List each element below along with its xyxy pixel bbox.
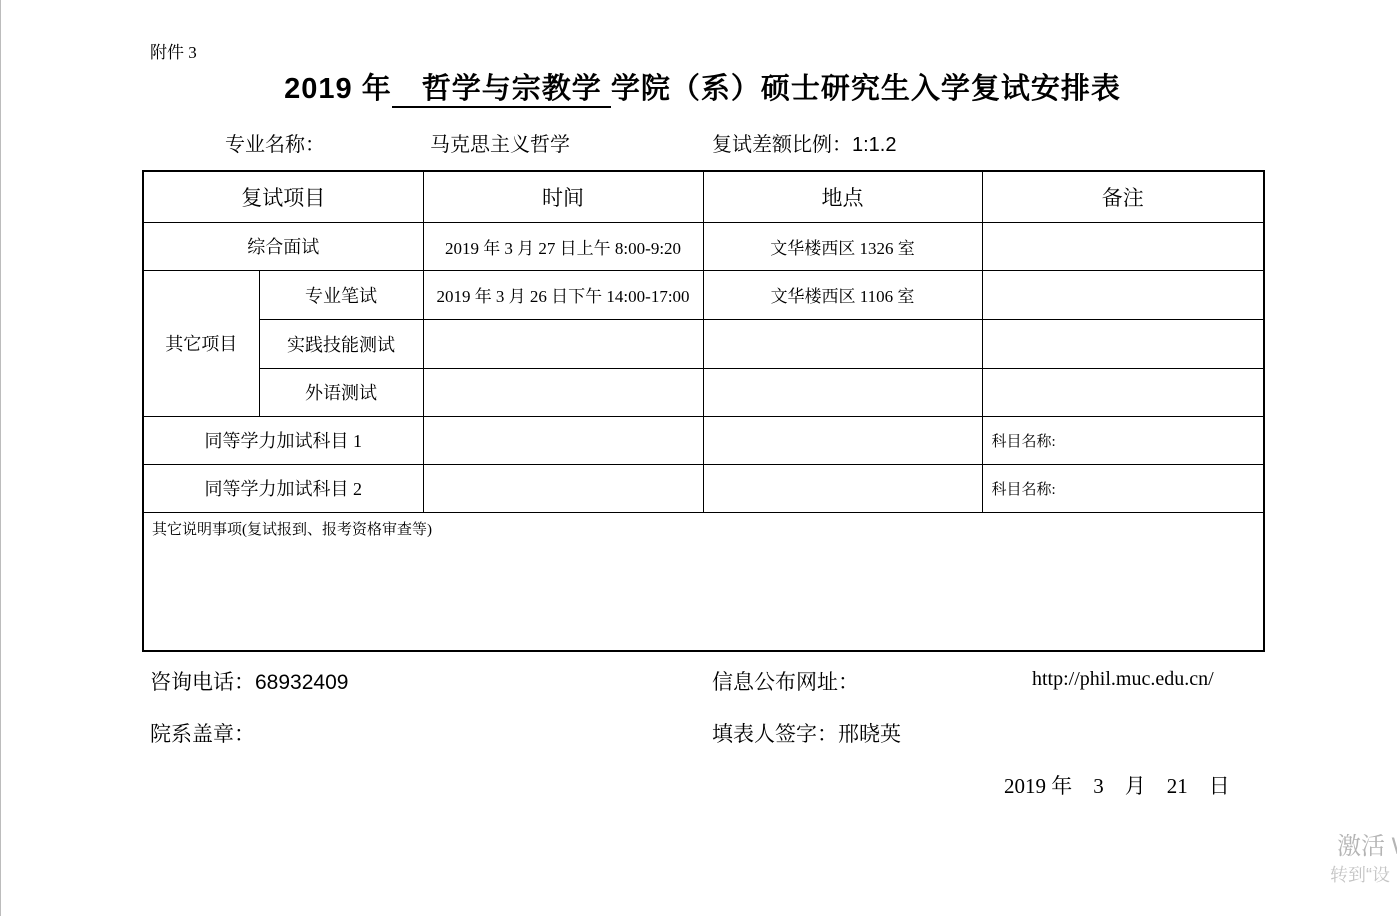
interview-remark-cell bbox=[982, 222, 1264, 270]
reexam-ratio-value: 1:1.2 bbox=[852, 134, 896, 156]
table-row: 综合面试 2019 年 3 月 27 日上午 8:00-9:20 文华楼西区 1… bbox=[143, 222, 1264, 270]
foreign-language-test-remark-cell bbox=[982, 368, 1264, 416]
document-page: 附件 3 2019 年 哲学与宗教学 学院（系）硕士研究生入学复试安排表 专业名… bbox=[0, 0, 1397, 916]
website-label: 信息公布网址： bbox=[712, 666, 859, 696]
other-notes-cell: 其它说明事项(复试报到、报考资格审查等) bbox=[143, 512, 1264, 651]
major-info-line: 专业名称： 马克思主义哲学 复试差额比例：1:1.2 bbox=[0, 128, 1397, 154]
phone-group: 咨询电话：68932409 bbox=[150, 666, 348, 696]
table-row: 同等学力加试科目 2 科目名称: bbox=[143, 464, 1264, 512]
equivalency-test-2-name-cell: 同等学力加试科目 2 bbox=[143, 464, 423, 512]
signature-group: 填表人签字：邢晓英 bbox=[712, 718, 901, 748]
equivalency-test-2-time-cell bbox=[423, 464, 703, 512]
website-url: http://phil.muc.edu.cn/ bbox=[1032, 668, 1214, 691]
seal-label: 院系盖章： bbox=[150, 718, 255, 748]
header-time: 时间 bbox=[423, 171, 703, 222]
practical-test-time-cell bbox=[423, 319, 703, 368]
fill-date: 2019 年 3 月 21 日 bbox=[1004, 770, 1230, 800]
foreign-language-test-time-cell bbox=[423, 368, 703, 416]
practical-test-remark-cell bbox=[982, 319, 1264, 368]
signature-value: 邢晓英 bbox=[838, 723, 901, 746]
table-row: 外语测试 bbox=[143, 368, 1264, 416]
major-name-value: 马克思主义哲学 bbox=[430, 128, 570, 157]
major-name-label: 专业名称： bbox=[225, 128, 325, 157]
table-header-row: 复试项目 时间 地点 备注 bbox=[143, 171, 1264, 222]
reexam-ratio: 复试差额比例：1:1.2 bbox=[712, 128, 896, 157]
equivalency-test-2-location-cell bbox=[703, 464, 982, 512]
table-row: 其它说明事项(复试报到、报考资格审查等) bbox=[143, 512, 1264, 651]
written-exam-name-cell: 专业笔试 bbox=[259, 270, 423, 319]
foreign-language-test-name-cell: 外语测试 bbox=[259, 368, 423, 416]
interview-time-cell: 2019 年 3 月 27 日上午 8:00-9:20 bbox=[423, 222, 703, 270]
header-remark: 备注 bbox=[982, 171, 1264, 222]
title-department-underlined: 哲学与宗教学 bbox=[392, 73, 611, 108]
table-row: 实践技能测试 bbox=[143, 319, 1264, 368]
table-row: 其它项目 专业笔试 2019 年 3 月 26 日下午 14:00-17:00 … bbox=[143, 270, 1264, 319]
phone-value: 68932409 bbox=[255, 671, 348, 694]
title-year-prefix: 2019 年 bbox=[284, 73, 392, 105]
equivalency-test-1-location-cell bbox=[703, 416, 982, 464]
windows-activation-watermark-line2: 转到“设 bbox=[1330, 861, 1390, 887]
written-exam-remark-cell bbox=[982, 270, 1264, 319]
windows-activation-watermark-line1: 激活 W bbox=[1337, 826, 1397, 861]
header-location: 地点 bbox=[703, 171, 982, 222]
attachment-label: 附件 3 bbox=[150, 38, 197, 63]
reexam-schedule-table: 复试项目 时间 地点 备注 综合面试 2019 年 3 月 27 日上午 8:0… bbox=[142, 170, 1265, 652]
written-exam-time-cell: 2019 年 3 月 26 日下午 14:00-17:00 bbox=[423, 270, 703, 319]
header-project: 复试项目 bbox=[143, 171, 423, 222]
equivalency-test-1-time-cell bbox=[423, 416, 703, 464]
equivalency-test-2-subject-cell: 科目名称: bbox=[982, 464, 1264, 512]
interview-location-cell: 文华楼西区 1326 室 bbox=[703, 222, 982, 270]
practical-test-name-cell: 实践技能测试 bbox=[259, 319, 423, 368]
phone-label: 咨询电话： bbox=[150, 671, 255, 694]
other-items-group-cell: 其它项目 bbox=[143, 270, 259, 416]
title-suffix: 学院（系）硕士研究生入学复试安排表 bbox=[611, 73, 1121, 105]
signature-label: 填表人签字： bbox=[712, 723, 838, 746]
practical-test-location-cell bbox=[703, 319, 982, 368]
equivalency-test-1-name-cell: 同等学力加试科目 1 bbox=[143, 416, 423, 464]
reexam-ratio-label: 复试差额比例： bbox=[712, 134, 852, 156]
foreign-language-test-location-cell bbox=[703, 368, 982, 416]
interview-name-cell: 综合面试 bbox=[143, 222, 423, 270]
written-exam-location-cell: 文华楼西区 1106 室 bbox=[703, 270, 982, 319]
table-row: 同等学力加试科目 1 科目名称: bbox=[143, 416, 1264, 464]
page-title: 2019 年 哲学与宗教学 学院（系）硕士研究生入学复试安排表 bbox=[142, 66, 1263, 107]
equivalency-test-1-subject-cell: 科目名称: bbox=[982, 416, 1264, 464]
